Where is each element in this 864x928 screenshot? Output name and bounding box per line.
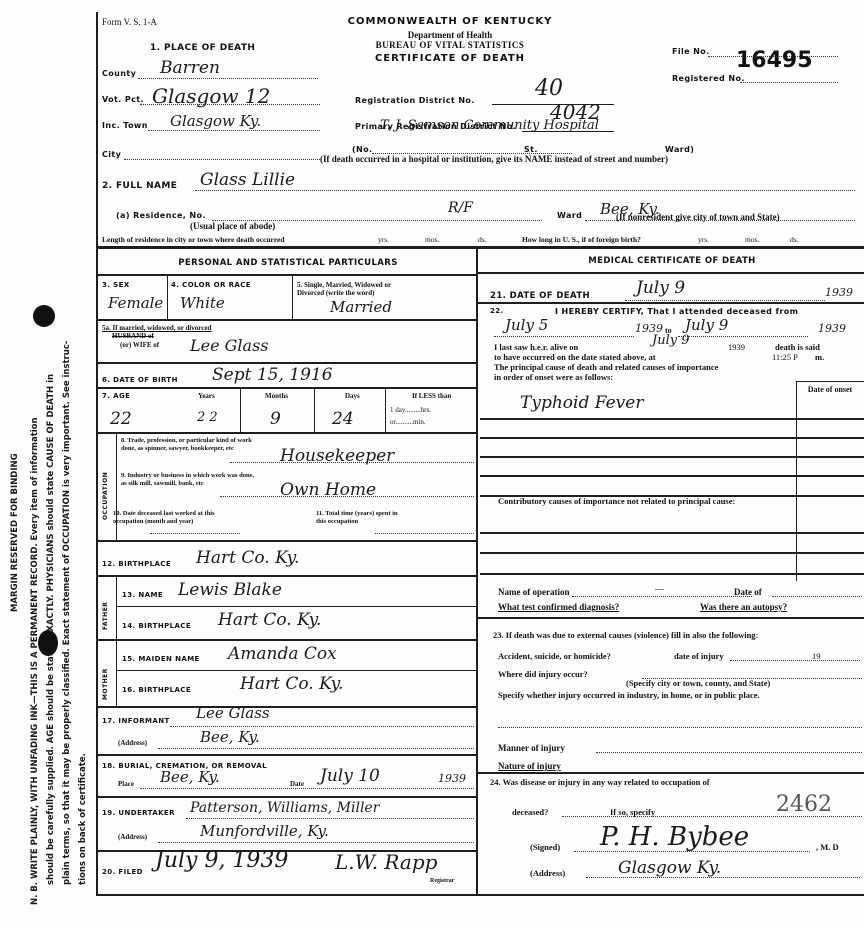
vot-pct-label: Vot. Pct. [102, 95, 144, 104]
registered-no-label: Registered No. [672, 74, 745, 83]
age-days-value: 24 [332, 409, 354, 429]
burial-place-value: Bee, Ky. [160, 768, 220, 786]
margin-instruction-4: tions on back of certificate. [78, 753, 88, 885]
date-of-injury-label: date of injury [674, 651, 724, 661]
birthplace-value: Hart Co. Ky. [196, 548, 299, 568]
accident-label: Accident, suicide, or homicide? [498, 651, 611, 661]
test-confirmed-label: What test confirmed diagnosis? [498, 602, 619, 612]
inc-town-value: Glasgow Ky. [170, 112, 261, 130]
informant-label: 17. INFORMANT [102, 717, 170, 725]
birthplace-label: 12. BIRTHPLACE [102, 560, 171, 568]
occupation-side-label: OCCUPATION [102, 472, 109, 520]
dob-value: Sept 15, 1916 [212, 365, 333, 385]
burial-place-label: Place [118, 780, 134, 788]
dob-label: 6. DATE OF BIRTH [102, 376, 178, 384]
father-name-value: Lewis Blake [178, 580, 282, 600]
ward-label: Ward) [665, 145, 694, 154]
father-side-label: FATHER [102, 602, 109, 630]
form-bottom-border [96, 894, 864, 896]
column-divider [476, 248, 478, 896]
last-saw-value: July 9 [652, 333, 690, 348]
burial-date-label: Date [290, 780, 304, 788]
occupation-related-label: 24. Was disease or injury in any way rel… [490, 777, 710, 787]
father-birthplace-label: 14. BIRTHPLACE [122, 622, 191, 630]
binding-hole-icon [38, 630, 58, 656]
nature-of-injury-label: Nature of injury [498, 761, 561, 771]
industry-label: 9. Industry or business in which work wa… [121, 472, 261, 487]
one-day-label: 1 day.........hrs. [390, 406, 431, 414]
operation-value: — [655, 584, 664, 594]
medical-certificate-heading: MEDICAL CERTIFICATE OF DEATH [480, 256, 864, 266]
attended-to-value: July 9 [685, 316, 728, 334]
undertaker-label: 19. UNDERTAKER [102, 809, 175, 817]
mother-birthplace-label: 16. BIRTHPLACE [122, 686, 191, 694]
inc-town-label: Inc. Town [102, 121, 148, 130]
signed-label: (Signed) [530, 842, 560, 852]
date-of-onset-column [796, 381, 797, 581]
age-label: 7. AGE [102, 392, 130, 400]
industry-value: Own Home [280, 480, 376, 500]
last-worked-label: 10. Date deceased last worked at this oc… [113, 510, 243, 525]
margin-instruction-1: N. B. WRITE PLAINLY, WITH UNFADING INK—T… [30, 417, 40, 905]
months-label: Months [265, 392, 288, 400]
full-name-value: Glass Lillie [200, 170, 295, 190]
spouse-label-1: 5a. If married, widowed, or divorced [102, 324, 211, 332]
time-of-death-value: 11:25 P [772, 352, 798, 362]
last-saw-year: 1939 [728, 342, 745, 352]
occurred-label: to have occurred on the date stated abov… [494, 352, 656, 362]
attended-to-year: 1939 [818, 322, 846, 335]
certify-label: I HEREBY CERTIFY, That I attended deceas… [555, 307, 798, 316]
specify-city-note: (Specify city or town, county, and State… [626, 678, 770, 688]
total-time-label: 11. Total time (years) spent in this occ… [316, 510, 406, 525]
age-months-value: 9 [270, 409, 281, 429]
bureau-label: BUREAU OF VITAL STATISTICS [330, 40, 570, 50]
principal-cause-label-2: in order of onset were as follows: [494, 372, 613, 382]
spouse-label-2: HUSBAND of [112, 332, 154, 340]
hospital-note: (If death occurred in a hospital or inst… [320, 154, 668, 164]
margin-instruction-3: plain terms, so that it may be properly … [62, 341, 72, 885]
mother-name-label: 15. MAIDEN NAME [122, 655, 200, 663]
file-number: 16495 [736, 48, 813, 73]
race-value: White [180, 294, 225, 312]
mother-side-label: MOTHER [102, 668, 109, 700]
undertaker-value: Patterson, Williams, Miller [190, 800, 379, 816]
father-name-label: 13. NAME [122, 591, 163, 599]
age-years-value: 22 [110, 409, 132, 429]
residence-label: (a) Residence, No. [116, 211, 206, 220]
trade-label: 8. Trade, profession, or particular kind… [121, 437, 261, 452]
stamp-number: 2462 [776, 792, 832, 817]
informant-value: Lee Glass [196, 704, 270, 722]
or-min-label: or..........min. [390, 418, 426, 426]
operation-label: Name of operation [498, 587, 570, 597]
autopsy-label: Was there an autopsy? [700, 602, 787, 612]
county-label: County [102, 69, 136, 78]
age-years-mark: 2 2 [197, 410, 218, 425]
vot-pct-value: Glasgow 12 [152, 84, 270, 108]
injury-year-label: 19 [812, 651, 821, 661]
section-divider [96, 246, 864, 249]
trade-value: Housekeeper [280, 446, 394, 466]
date-of-label: Date of [734, 587, 762, 597]
margin-reserved-text: MARGIN RESERVED FOR BINDING [10, 453, 20, 612]
deceased-label: deceased? [512, 807, 548, 817]
less-than-label: If LESS than [412, 392, 451, 400]
sex-label: 3. SEX [102, 281, 130, 289]
death-said-label: death is said [775, 342, 820, 352]
how-long-in-us-label: How long in U. S., if of foreign birth? [522, 235, 641, 244]
undertaker-address-value: Munfordville, Ky. [200, 822, 329, 840]
nonresident-note: (If nonresident give city of town and St… [616, 212, 780, 222]
date-of-death-value: July 9 [636, 278, 685, 298]
place-of-death-heading: 1. PLACE OF DEATH [150, 43, 255, 53]
personal-particulars-heading: PERSONAL AND STATISTICAL PARTICULARS [100, 258, 476, 268]
marital-status-value: Married [330, 298, 392, 316]
certify-number: 22. [490, 307, 504, 315]
date-of-onset-label: Date of onset [800, 385, 860, 394]
burial-year-value: 1939 [438, 772, 466, 785]
principal-cause-label-1: The principal cause of death and related… [494, 362, 718, 372]
ds-label: ds. [478, 235, 487, 244]
physician-address-label: (Address) [530, 868, 565, 878]
informant-address-value: Bee, Ky. [200, 728, 260, 746]
yrs-label-2: yrs. [698, 235, 709, 244]
spouse-label-3: (or) WIFE of [120, 341, 159, 349]
length-of-residence-label: Length of residence in city or town wher… [102, 235, 285, 244]
sex-value: Female [108, 294, 163, 312]
residence-ward-label: Ward [557, 211, 582, 220]
filed-value: July 9, 1939 [155, 848, 288, 873]
file-no-label: File No. [672, 47, 710, 56]
institution-name: T. J. Samson Community Hospital [380, 118, 599, 133]
md-label: , M. D [816, 842, 839, 852]
registration-district-value: 40 [535, 76, 563, 101]
external-causes-label: 23. If death was due to external causes … [493, 630, 758, 640]
city-label: City [102, 150, 121, 159]
mother-birthplace-value: Hart Co. Ky. [240, 674, 343, 694]
date-of-death-year: 1939 [825, 286, 853, 299]
county-value: Barren [160, 58, 220, 78]
binding-hole-icon [33, 305, 55, 327]
full-name-label: 2. FULL NAME [102, 181, 177, 191]
form-left-border [96, 12, 98, 896]
manner-of-injury-label: Manner of injury [498, 743, 565, 753]
street-label: St. [524, 145, 538, 154]
residence-sublabel: (Usual place of abode) [190, 221, 275, 231]
physician-signature: P. H. Bybee [600, 822, 749, 852]
marital-status-label: 5. Single, Married, Widowed or Divorced … [297, 281, 417, 297]
registration-district-label: Registration District No. [355, 96, 475, 105]
ds-label-2: ds. [790, 235, 799, 244]
informant-address-label: (Address) [118, 739, 147, 747]
days-label: Days [345, 392, 360, 400]
date-of-death-label: 21. DATE OF DEATH [490, 291, 590, 301]
form-number: Form V. S. 1-A [102, 17, 157, 27]
yrs-label: yrs. [378, 235, 389, 244]
attended-from-value: July 5 [505, 316, 548, 334]
mos-label: mos. [425, 235, 439, 244]
mother-name-value: Amanda Cox [228, 644, 337, 664]
specify-where-label: Specify whether injury occurred in indus… [498, 690, 860, 700]
residence-mark: R/F [448, 200, 473, 216]
certificate-title: CERTIFICATE OF DEATH [330, 53, 570, 64]
registrar-signature: L.W. Rapp [335, 850, 437, 874]
cause-of-death-value: Typhoid Fever [520, 393, 643, 413]
race-label: 4. COLOR OR RACE [171, 281, 251, 289]
burial-date-value: July 10 [320, 766, 380, 786]
spouse-value: Lee Glass [190, 336, 269, 355]
last-saw-label: I last saw h.e.r. alive on [494, 342, 578, 352]
filed-label: 20. FILED [102, 868, 143, 876]
where-injury-label: Where did injury occur? [498, 669, 588, 679]
mos-label-2: mos. [745, 235, 759, 244]
years-label: Years [198, 392, 215, 400]
physician-address-value: Glasgow Ky. [618, 858, 721, 878]
undertaker-address-label: (Address) [118, 833, 147, 841]
street-no-label: (No. [352, 145, 373, 154]
registrar-label: Registrar [430, 878, 454, 884]
contributory-causes-label: Contributory causes of importance not re… [498, 497, 798, 506]
if-so-specify-label: If so, specify [610, 807, 655, 817]
department-label: Department of Health [330, 30, 570, 40]
m-label: m. [815, 352, 824, 362]
commonwealth-title: COMMONWEALTH OF KENTUCKY [330, 16, 570, 27]
father-birthplace-value: Hart Co. Ky. [218, 610, 321, 630]
